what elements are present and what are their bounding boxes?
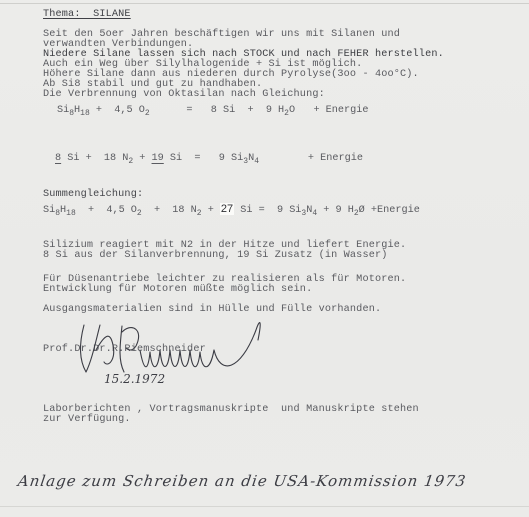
corrected-value: 27 bbox=[220, 203, 234, 215]
signature-date: 15.2.1972 bbox=[104, 372, 165, 386]
equation-combustion: Si8H18 + 4,5 O2 = 8 Si + 9 H2O + Energie bbox=[57, 105, 368, 116]
closing-line: zur Verfügung. bbox=[43, 414, 131, 425]
equation-sum: Si8H18 + 4,5 O2 + 18 N2 + 27 Si = 9 Si3N… bbox=[43, 203, 420, 216]
equation-nitridation: 8 Si + 18 N2 + 19 Si = 9 Si3N4 + Energie bbox=[55, 153, 363, 164]
paragraph-line: 8 Si aus der Silanverbrennung, 19 Si Zus… bbox=[43, 250, 388, 261]
paragraph-line: Die Verbrennung von Oktasilan nach Gleic… bbox=[43, 89, 325, 100]
handwritten-note: Anlage zum Schreiben an die USA-Kommissi… bbox=[17, 472, 468, 490]
paragraph-line: Ausgangsmaterialien sind in Hülle und Fü… bbox=[43, 304, 381, 315]
document-title: Thema: SILANE bbox=[43, 9, 131, 20]
author-name: Prof.Dr.Dr.R.Riemschneider bbox=[43, 344, 206, 355]
document-page: Thema: SILANE Seit den 5oer Jahren besch… bbox=[0, 0, 529, 517]
paragraph-line: Entwicklung für Motoren müßte möglich se… bbox=[43, 284, 312, 295]
page-edge-bottom bbox=[0, 506, 529, 507]
sum-heading: Summengleichung: bbox=[43, 189, 143, 200]
page-edge-top bbox=[0, 3, 529, 4]
